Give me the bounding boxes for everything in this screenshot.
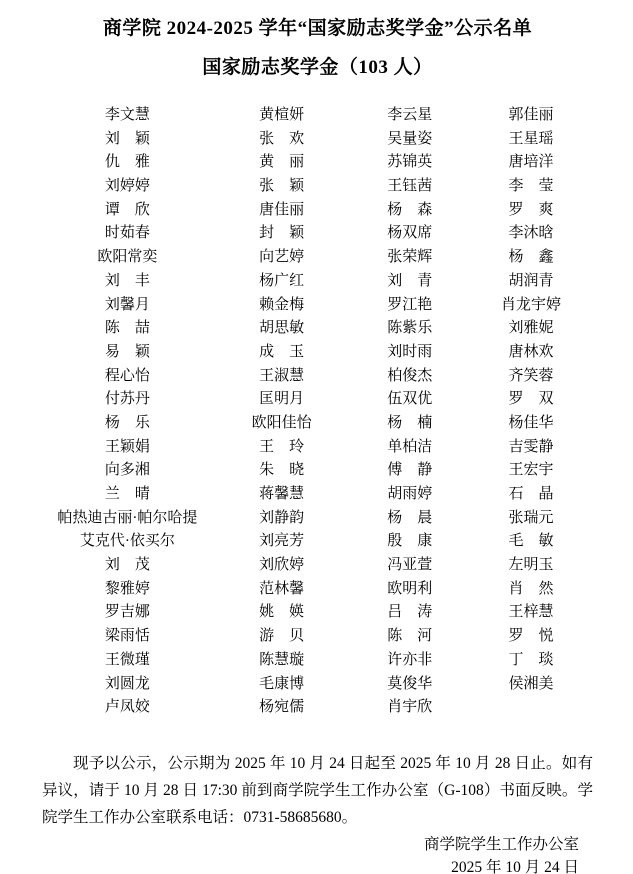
name-cell: 黎雅婷 xyxy=(42,578,213,602)
name-cell: 罗 双 xyxy=(469,388,593,412)
name-cell: 肖龙宇婷 xyxy=(469,294,593,318)
name-cell: 刘 颖 xyxy=(42,128,213,152)
name-cell: 傅 静 xyxy=(351,459,469,483)
name-cell: 王宏宇 xyxy=(469,459,593,483)
page-title: 商学院 2024-2025 学年“国家励志奖学金”公示名单 xyxy=(42,13,593,40)
name-cell: 左明玉 xyxy=(469,554,593,578)
name-cell: 欧明利 xyxy=(351,578,469,602)
name-cell: 唐培洋 xyxy=(469,151,593,175)
name-cell: 杨 森 xyxy=(351,199,469,223)
name-cell: 向多湘 xyxy=(42,459,213,483)
name-cell: 丁 琰 xyxy=(469,649,593,673)
name-cell: 成 玉 xyxy=(213,341,351,365)
signature-date: 2025 年 10 月 24 日 xyxy=(42,856,579,874)
name-cell: 刘圆龙 xyxy=(42,673,213,697)
name-cell: 杨宛儒 xyxy=(213,696,351,720)
name-cell: 兰 晴 xyxy=(42,483,213,507)
name-cell: 匡明月 xyxy=(213,388,351,412)
signature-block: 商学院学生工作办公室 2025 年 10 月 24 日 xyxy=(42,833,593,874)
name-cell: 张 欢 xyxy=(213,128,351,152)
name-cell: 王星瑶 xyxy=(469,128,593,152)
name-cell: 时茹春 xyxy=(42,222,213,246)
name-cell: 蒋馨慧 xyxy=(213,483,351,507)
name-cell: 张荣辉 xyxy=(351,246,469,270)
document-page: 商学院 2024-2025 学年“国家励志奖学金”公示名单 国家励志奖学金（10… xyxy=(0,0,633,874)
name-cell: 刘欣婷 xyxy=(213,554,351,578)
name-cell: 毛 敏 xyxy=(469,530,593,554)
name-cell: 罗 爽 xyxy=(469,199,593,223)
name-cell: 张瑞元 xyxy=(469,507,593,531)
name-cell: 吴量姿 xyxy=(351,128,469,152)
name-cell: 刘 茂 xyxy=(42,554,213,578)
name-cell: 姚 媖 xyxy=(213,601,351,625)
name-cell: 王微瑾 xyxy=(42,649,213,673)
name-cell: 陈紫乐 xyxy=(351,317,469,341)
name-cell: 柏俊杰 xyxy=(351,365,469,389)
name-cell: 欧阳佳怡 xyxy=(213,412,351,436)
name-cell: 梁雨恬 xyxy=(42,625,213,649)
names-grid: 李文慧黄楦妍李云星郭佳丽刘 颖张 欢吴量姿王星瑶仇 雅黄 丽苏锦英唐培洋刘婷婷张… xyxy=(42,104,593,720)
name-cell: 游 贝 xyxy=(213,625,351,649)
name-cell: 郭佳丽 xyxy=(469,104,593,128)
name-cell: 杨 鑫 xyxy=(469,246,593,270)
name-cell: 赖金梅 xyxy=(213,294,351,318)
name-cell: 王 玲 xyxy=(213,436,351,460)
name-cell: 吉雯静 xyxy=(469,436,593,460)
name-cell: 杨佳华 xyxy=(469,412,593,436)
name-cell: 刘婷婷 xyxy=(42,175,213,199)
name-cell: 帕热迪古丽·帕尔哈提 xyxy=(42,507,213,531)
name-cell: 刘馨月 xyxy=(42,294,213,318)
name-cell: 陈 喆 xyxy=(42,317,213,341)
name-cell: 谭 欣 xyxy=(42,199,213,223)
name-cell: 王颖娟 xyxy=(42,436,213,460)
name-cell: 单柏洁 xyxy=(351,436,469,460)
name-cell: 石 晶 xyxy=(469,483,593,507)
name-cell: 刘雅妮 xyxy=(469,317,593,341)
name-cell: 刘静韵 xyxy=(213,507,351,531)
name-cell: 欧阳常奕 xyxy=(42,246,213,270)
name-cell: 易 颖 xyxy=(42,341,213,365)
name-cell: 杨 楠 xyxy=(351,412,469,436)
name-cell: 殷 康 xyxy=(351,530,469,554)
name-cell: 胡思敏 xyxy=(213,317,351,341)
name-cell: 杨 乐 xyxy=(42,412,213,436)
name-cell: 李 莹 xyxy=(469,175,593,199)
name-cell: 仇 雅 xyxy=(42,151,213,175)
name-cell: 李云星 xyxy=(351,104,469,128)
notice-paragraph: 现予以公示，公示期为 2025 年 10 月 24 日起至 2025 年 10 … xyxy=(42,750,593,831)
name-cell: 吕 涛 xyxy=(351,601,469,625)
name-cell: 王梓慧 xyxy=(469,601,593,625)
name-cell: 付苏丹 xyxy=(42,388,213,412)
name-cell: 胡润青 xyxy=(469,270,593,294)
name-cell: 刘亮芳 xyxy=(213,530,351,554)
name-cell: 毛康博 xyxy=(213,673,351,697)
signature-name: 商学院学生工作办公室 xyxy=(42,833,579,856)
name-cell: 齐笑蓉 xyxy=(469,365,593,389)
name-cell: 许亦非 xyxy=(351,649,469,673)
name-cell: 李沐晗 xyxy=(469,222,593,246)
name-cell: 朱 晓 xyxy=(213,459,351,483)
name-cell xyxy=(469,696,593,720)
name-cell: 杨双席 xyxy=(351,222,469,246)
name-cell: 肖宇欣 xyxy=(351,696,469,720)
name-cell: 刘 丰 xyxy=(42,270,213,294)
name-cell: 罗江艳 xyxy=(351,294,469,318)
name-cell: 胡雨婷 xyxy=(351,483,469,507)
name-cell: 李文慧 xyxy=(42,104,213,128)
name-cell: 黄楦妍 xyxy=(213,104,351,128)
name-cell: 范林馨 xyxy=(213,578,351,602)
name-cell: 杨广红 xyxy=(213,270,351,294)
name-cell: 陈慧璇 xyxy=(213,649,351,673)
name-cell: 肖 然 xyxy=(469,578,593,602)
name-cell: 卢凤姣 xyxy=(42,696,213,720)
name-cell: 莫俊华 xyxy=(351,673,469,697)
name-cell: 张 颖 xyxy=(213,175,351,199)
name-cell: 罗吉娜 xyxy=(42,601,213,625)
name-cell: 封 颖 xyxy=(213,222,351,246)
name-cell: 黄 丽 xyxy=(213,151,351,175)
name-cell: 艾克代·依买尔 xyxy=(42,530,213,554)
name-cell: 王淑慧 xyxy=(213,365,351,389)
name-cell: 冯亚萱 xyxy=(351,554,469,578)
name-cell: 杨 晨 xyxy=(351,507,469,531)
name-cell: 王钰茜 xyxy=(351,175,469,199)
name-cell: 刘时雨 xyxy=(351,341,469,365)
name-cell: 唐佳丽 xyxy=(213,199,351,223)
name-cell: 程心怡 xyxy=(42,365,213,389)
name-cell: 罗 悦 xyxy=(469,625,593,649)
page-subtitle: 国家励志奖学金（103 人） xyxy=(42,52,593,79)
name-cell: 苏锦英 xyxy=(351,151,469,175)
name-cell: 向艺婷 xyxy=(213,246,351,270)
name-cell: 刘 青 xyxy=(351,270,469,294)
name-cell: 陈 河 xyxy=(351,625,469,649)
name-cell: 唐林欢 xyxy=(469,341,593,365)
name-cell: 侯湘美 xyxy=(469,673,593,697)
name-cell: 伍双优 xyxy=(351,388,469,412)
